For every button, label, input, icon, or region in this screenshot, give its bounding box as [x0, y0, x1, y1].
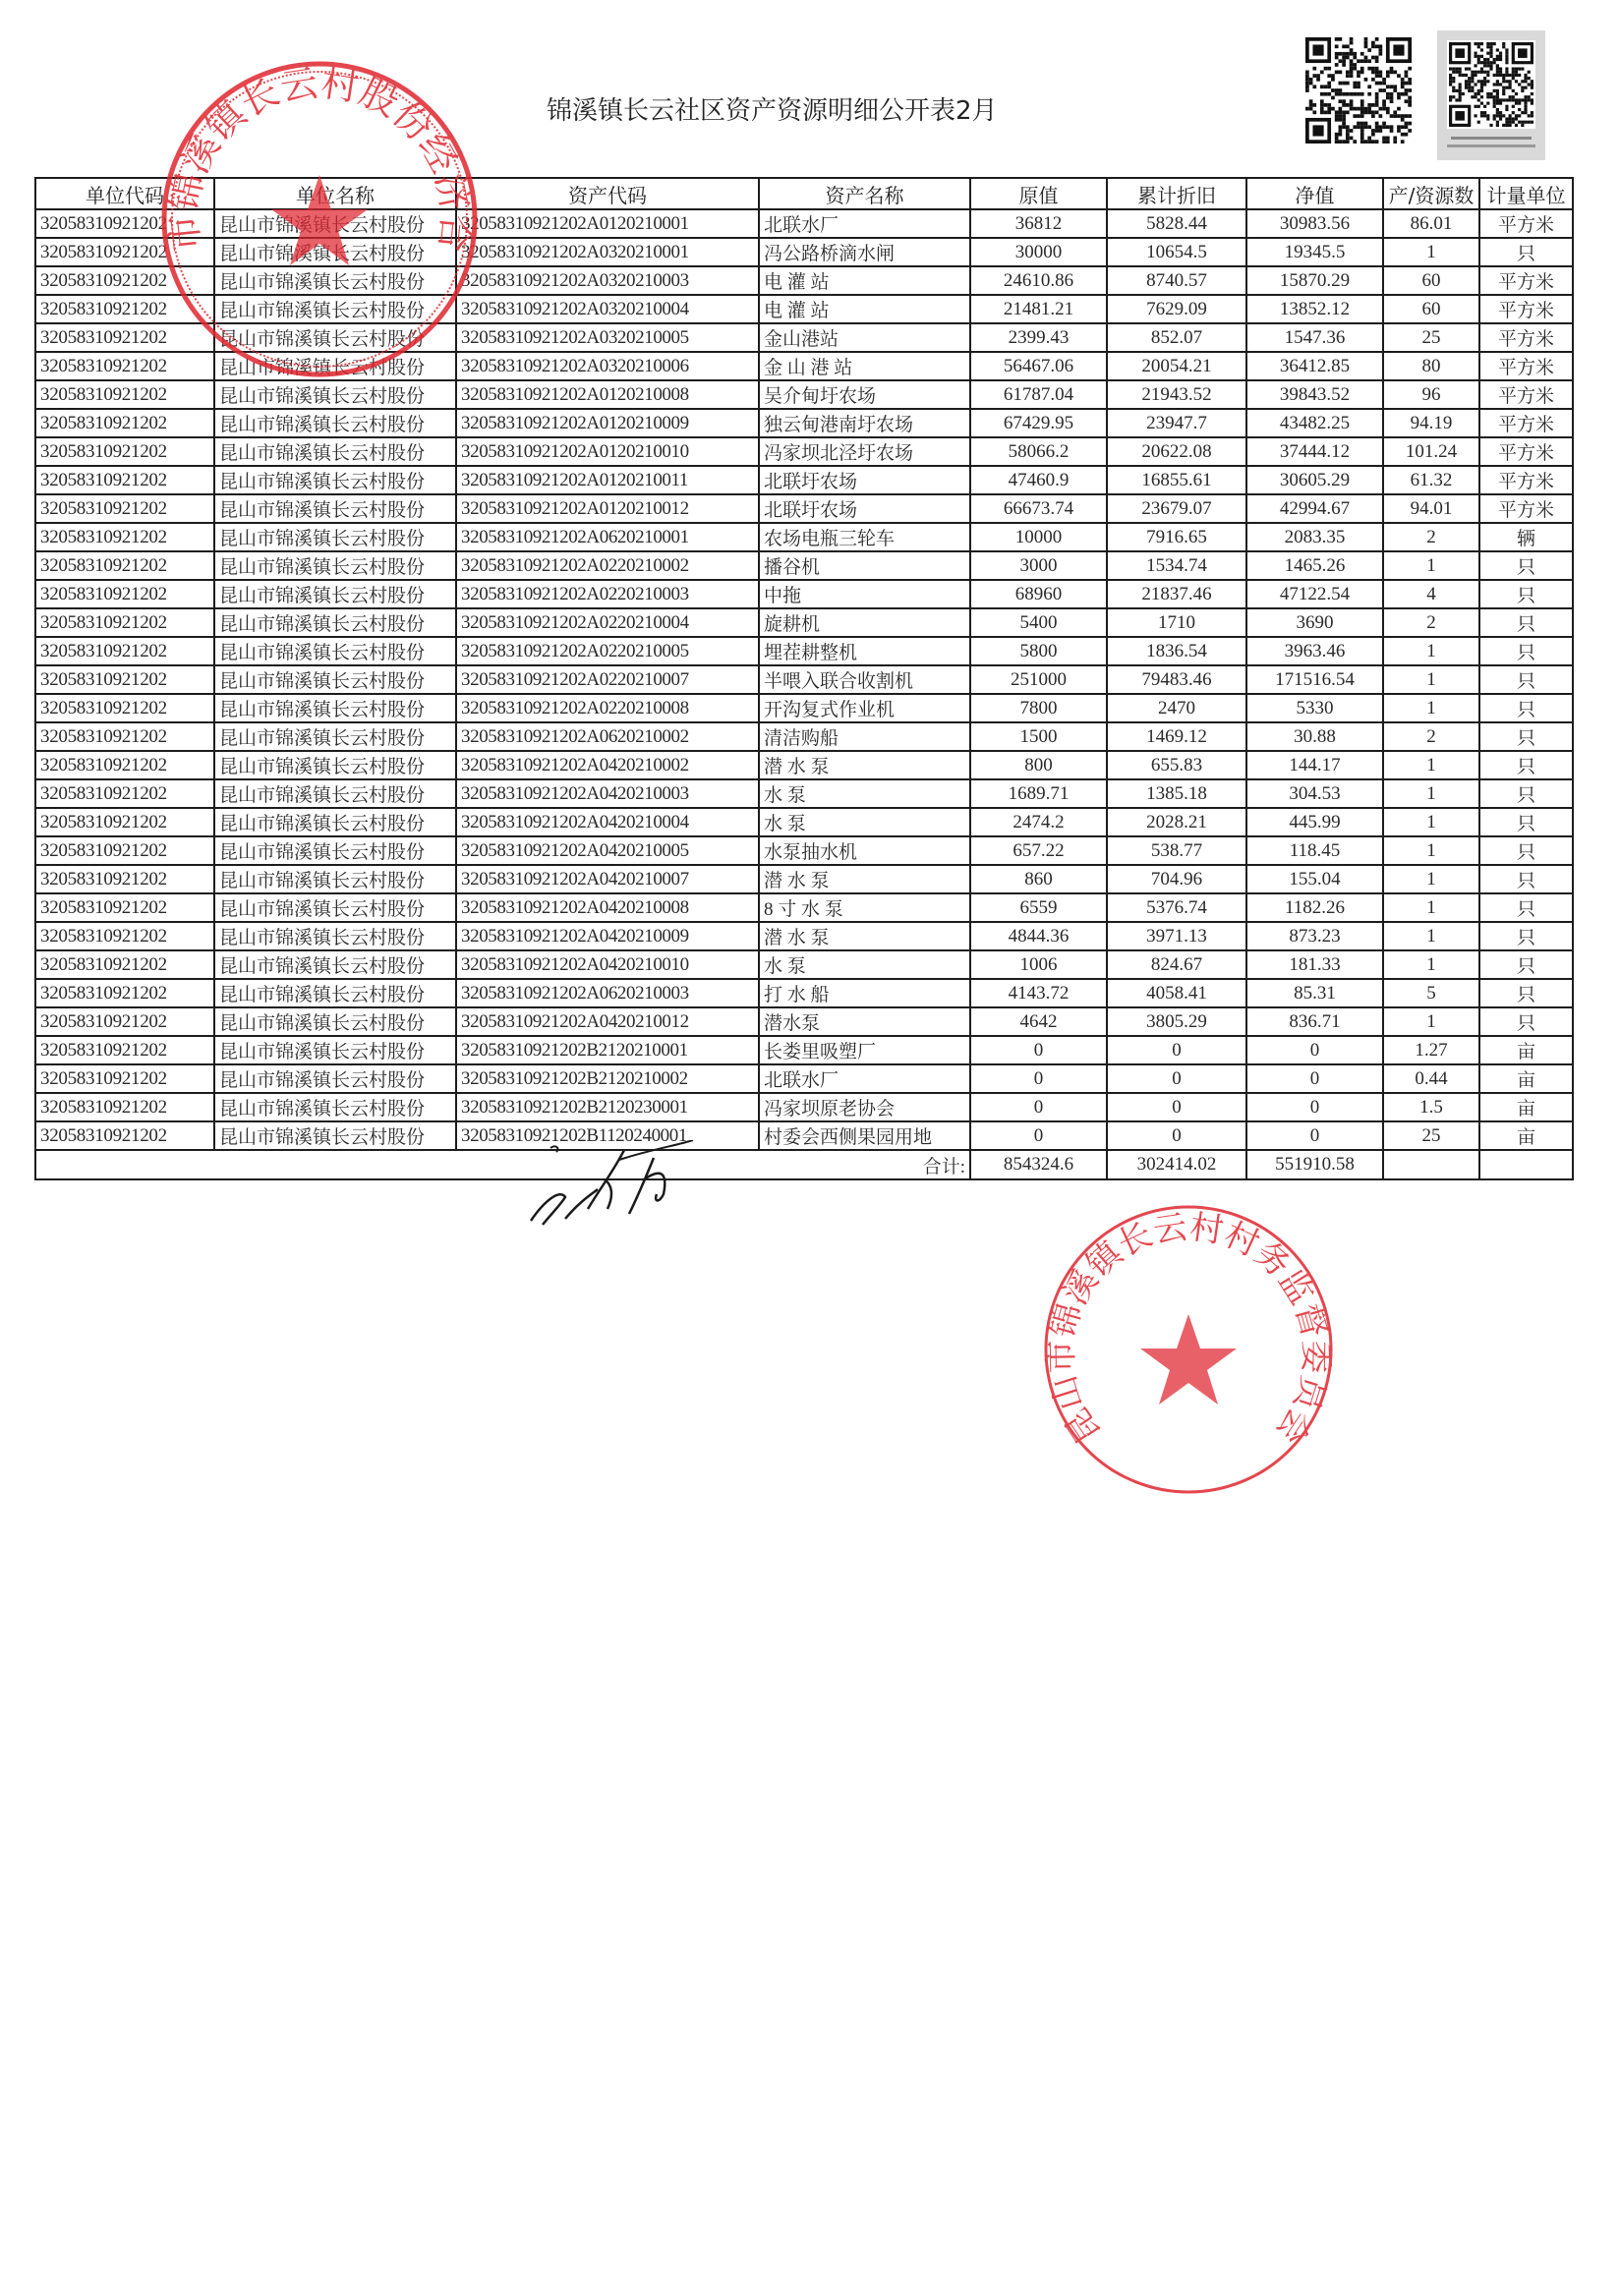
table-row: 32058310921202昆山市锦溪镇长云村股份32058310921202A…	[35, 779, 1573, 808]
depreciation-cell: 16855.61	[1107, 466, 1246, 494]
unit-cell: 平方米	[1479, 266, 1573, 295]
total-row: 合计: 854324.6 302414.02 551910.58	[35, 1150, 1573, 1179]
original-value-cell: 1006	[970, 950, 1107, 979]
unit-cell: 平方米	[1479, 352, 1573, 380]
asset-code-cell: 32058310921202A0320210006	[456, 352, 759, 380]
quantity-cell: 60	[1383, 266, 1479, 295]
original-value-cell: 66673.74	[970, 494, 1107, 523]
table-row: 32058310921202昆山市锦溪镇长云村股份32058310921202A…	[35, 238, 1573, 266]
unit-name-cell: 昆山市锦溪镇长云村股份	[214, 865, 456, 893]
unit-cell: 亩	[1479, 1121, 1573, 1150]
asset-code-cell: 32058310921202A0420210005	[456, 836, 759, 865]
original-value-cell: 800	[970, 751, 1107, 779]
unit-code-cell: 32058310921202	[35, 1064, 214, 1093]
unit-name-cell: 昆山市锦溪镇长云村股份	[214, 893, 456, 922]
net-value-cell: 873.23	[1246, 922, 1383, 950]
qr-code-1	[1303, 31, 1414, 151]
table-row: 32058310921202昆山市锦溪镇长云村股份32058310921202A…	[35, 209, 1573, 238]
unit-name-cell: 昆山市锦溪镇长云村股份	[214, 779, 456, 808]
net-value-cell: 304.53	[1246, 779, 1383, 808]
table-row: 32058310921202昆山市锦溪镇长云村股份32058310921202A…	[35, 836, 1573, 865]
unit-code-cell: 32058310921202	[35, 893, 214, 922]
quantity-cell: 101.24	[1383, 437, 1479, 466]
unit-name-cell: 昆山市锦溪镇长云村股份	[214, 637, 456, 665]
column-header-original-value: 原值	[970, 178, 1107, 209]
net-value-cell: 0	[1246, 1093, 1383, 1121]
table-row: 32058310921202昆山市锦溪镇长云村股份32058310921202A…	[35, 437, 1573, 466]
asset-name-cell: 8 寸 水 泵	[759, 893, 970, 922]
net-value-cell: 144.17	[1246, 751, 1383, 779]
asset-name-cell: 播谷机	[759, 551, 970, 580]
asset-code-cell: 32058310921202A0120210001	[456, 209, 759, 238]
asset-name-cell: 水 泵	[759, 779, 970, 808]
column-header-quantity: 产/资源数	[1383, 178, 1479, 209]
unit-code-cell: 32058310921202	[35, 238, 214, 266]
depreciation-cell: 824.67	[1107, 950, 1246, 979]
total-quantity-empty	[1383, 1150, 1479, 1179]
original-value-cell: 5400	[970, 608, 1107, 637]
asset-name-cell: 北联圩农场	[759, 466, 970, 494]
asset-code-cell: 32058310921202A0420210010	[456, 950, 759, 979]
unit-code-cell: 32058310921202	[35, 494, 214, 523]
table-row: 32058310921202昆山市锦溪镇长云村股份32058310921202A…	[35, 551, 1573, 580]
asset-name-cell: 开沟复式作业机	[759, 694, 970, 722]
net-value-cell: 5330	[1246, 694, 1383, 722]
asset-name-cell: 金山港站	[759, 323, 970, 352]
asset-name-cell: 农场电瓶三轮车	[759, 523, 970, 551]
table-row: 32058310921202昆山市锦溪镇长云村股份32058310921202B…	[35, 1093, 1573, 1121]
quantity-cell: 2	[1383, 608, 1479, 637]
original-value-cell: 2474.2	[970, 808, 1107, 836]
asset-name-cell: 水 泵	[759, 808, 970, 836]
quantity-cell: 94.19	[1383, 409, 1479, 437]
depreciation-cell: 20054.21	[1107, 352, 1246, 380]
depreciation-cell: 1385.18	[1107, 779, 1246, 808]
depreciation-cell: 0	[1107, 1121, 1246, 1150]
asset-code-cell: 32058310921202A0320210001	[456, 238, 759, 266]
quantity-cell: 1	[1383, 922, 1479, 950]
net-value-cell: 36412.85	[1246, 352, 1383, 380]
unit-code-cell: 32058310921202	[35, 608, 214, 637]
unit-cell: 只	[1479, 751, 1573, 779]
original-value-cell: 21481.21	[970, 295, 1107, 323]
unit-cell: 只	[1479, 694, 1573, 722]
asset-name-cell: 村委会西侧果园用地	[759, 1121, 970, 1150]
table-row: 32058310921202昆山市锦溪镇长云村股份32058310921202A…	[35, 893, 1573, 922]
net-value-cell: 1182.26	[1246, 893, 1383, 922]
table-row: 32058310921202昆山市锦溪镇长云村股份32058310921202A…	[35, 295, 1573, 323]
column-header-accumulated-depreciation: 累计折旧	[1107, 178, 1246, 209]
unit-name-cell: 昆山市锦溪镇长云村股份	[214, 1121, 456, 1150]
depreciation-cell: 2470	[1107, 694, 1246, 722]
unit-cell: 平方米	[1479, 323, 1573, 352]
depreciation-cell: 3971.13	[1107, 922, 1246, 950]
asset-name-cell: 北联水厂	[759, 1064, 970, 1093]
asset-code-cell: 32058310921202A0220210003	[456, 580, 759, 608]
unit-cell: 只	[1479, 722, 1573, 751]
net-value-cell: 19345.5	[1246, 238, 1383, 266]
asset-code-cell: 32058310921202A0220210005	[456, 637, 759, 665]
table-row: 32058310921202昆山市锦溪镇长云村股份32058310921202A…	[35, 637, 1573, 665]
table-row: 32058310921202昆山市锦溪镇长云村股份32058310921202A…	[35, 865, 1573, 893]
quantity-cell: 1	[1383, 836, 1479, 865]
original-value-cell: 657.22	[970, 836, 1107, 865]
unit-name-cell: 昆山市锦溪镇长云村股份	[214, 437, 456, 466]
depreciation-cell: 21943.52	[1107, 380, 1246, 409]
asset-code-cell: 32058310921202A0420210007	[456, 865, 759, 893]
asset-name-cell: 潜 水 泵	[759, 922, 970, 950]
unit-code-cell: 32058310921202	[35, 950, 214, 979]
unit-name-cell: 昆山市锦溪镇长云村股份	[214, 580, 456, 608]
net-value-cell: 836.71	[1246, 1007, 1383, 1036]
depreciation-cell: 4058.41	[1107, 979, 1246, 1007]
unit-cell: 平方米	[1479, 209, 1573, 238]
table-row: 32058310921202昆山市锦溪镇长云村股份32058310921202A…	[35, 808, 1573, 836]
unit-cell: 平方米	[1479, 380, 1573, 409]
depreciation-cell: 79483.46	[1107, 665, 1246, 694]
depreciation-cell: 655.83	[1107, 751, 1246, 779]
original-value-cell: 61787.04	[970, 380, 1107, 409]
unit-cell: 只	[1479, 893, 1573, 922]
depreciation-cell: 0	[1107, 1064, 1246, 1093]
asset-code-cell: 32058310921202A0120210012	[456, 494, 759, 523]
depreciation-cell: 1836.54	[1107, 637, 1246, 665]
column-header-unit-code: 单位代码	[35, 178, 214, 209]
asset-code-cell: 32058310921202A0320210004	[456, 295, 759, 323]
table-row: 32058310921202昆山市锦溪镇长云村股份32058310921202A…	[35, 979, 1573, 1007]
quantity-cell: 80	[1383, 352, 1479, 380]
table-body: 32058310921202昆山市锦溪镇长云村股份32058310921202A…	[35, 209, 1573, 1150]
unit-code-cell: 32058310921202	[35, 922, 214, 950]
asset-name-cell: 电 灌 站	[759, 266, 970, 295]
quantity-cell: 5	[1383, 979, 1479, 1007]
unit-code-cell: 32058310921202	[35, 722, 214, 751]
table-row: 32058310921202昆山市锦溪镇长云村股份32058310921202A…	[35, 665, 1573, 694]
quantity-cell: 2	[1383, 523, 1479, 551]
original-value-cell: 1689.71	[970, 779, 1107, 808]
depreciation-cell: 852.07	[1107, 323, 1246, 352]
unit-code-cell: 32058310921202	[35, 409, 214, 437]
unit-cell: 只	[1479, 238, 1573, 266]
quantity-cell: 1	[1383, 808, 1479, 836]
unit-code-cell: 32058310921202	[35, 209, 214, 238]
original-value-cell: 1500	[970, 722, 1107, 751]
original-value-cell: 2399.43	[970, 323, 1107, 352]
unit-name-cell: 昆山市锦溪镇长云村股份	[214, 523, 456, 551]
unit-code-cell: 32058310921202	[35, 437, 214, 466]
unit-name-cell: 昆山市锦溪镇长云村股份	[214, 608, 456, 637]
depreciation-cell: 7916.65	[1107, 523, 1246, 551]
table-row: 32058310921202昆山市锦溪镇长云村股份32058310921202A…	[35, 950, 1573, 979]
depreciation-cell: 1534.74	[1107, 551, 1246, 580]
column-header-unit: 计量单位	[1479, 178, 1573, 209]
qr-code-icon	[1437, 30, 1545, 160]
table-row: 32058310921202昆山市锦溪镇长云村股份32058310921202B…	[35, 1121, 1573, 1150]
table-row: 32058310921202昆山市锦溪镇长云村股份32058310921202B…	[35, 1036, 1573, 1064]
asset-name-cell: 打 水 船	[759, 979, 970, 1007]
original-value-cell: 47460.9	[970, 466, 1107, 494]
unit-name-cell: 昆山市锦溪镇长云村股份	[214, 1036, 456, 1064]
asset-code-cell: 32058310921202A0420210004	[456, 808, 759, 836]
asset-name-cell: 冯家坝原老协会	[759, 1093, 970, 1121]
quantity-cell: 1.5	[1383, 1093, 1479, 1121]
quantity-cell: 1	[1383, 694, 1479, 722]
depreciation-cell: 704.96	[1107, 865, 1246, 893]
unit-name-cell: 昆山市锦溪镇长云村股份	[214, 380, 456, 409]
original-value-cell: 0	[970, 1121, 1107, 1150]
table-header-row: 单位代码 单位名称 资产代码 资产名称 原值 累计折旧 净值 产/资源数 计量单…	[35, 178, 1573, 209]
asset-code-cell: 32058310921202A0220210008	[456, 694, 759, 722]
unit-cell: 只	[1479, 922, 1573, 950]
depreciation-cell: 10654.5	[1107, 238, 1246, 266]
asset-name-cell: 中拖	[759, 580, 970, 608]
quantity-cell: 1	[1383, 751, 1479, 779]
unit-cell: 平方米	[1479, 295, 1573, 323]
original-value-cell: 68960	[970, 580, 1107, 608]
table-row: 32058310921202昆山市锦溪镇长云村股份32058310921202A…	[35, 323, 1573, 352]
unit-name-cell: 昆山市锦溪镇长云村股份	[214, 979, 456, 1007]
unit-cell: 只	[1479, 580, 1573, 608]
quantity-cell: 25	[1383, 323, 1479, 352]
net-value-cell: 181.33	[1246, 950, 1383, 979]
unit-code-cell: 32058310921202	[35, 836, 214, 865]
unit-name-cell: 昆山市锦溪镇长云村股份	[214, 295, 456, 323]
original-value-cell: 0	[970, 1064, 1107, 1093]
quantity-cell: 1	[1383, 779, 1479, 808]
unit-name-cell: 昆山市锦溪镇长云村股份	[214, 694, 456, 722]
table-row: 32058310921202昆山市锦溪镇长云村股份32058310921202A…	[35, 580, 1573, 608]
net-value-cell: 13852.12	[1246, 295, 1383, 323]
unit-code-cell: 32058310921202	[35, 380, 214, 409]
net-value-cell: 30.88	[1246, 722, 1383, 751]
unit-code-cell: 32058310921202	[35, 865, 214, 893]
total-original-value: 854324.6	[970, 1150, 1107, 1179]
asset-name-cell: 潜水泵	[759, 1007, 970, 1036]
depreciation-cell: 3805.29	[1107, 1007, 1246, 1036]
original-value-cell: 10000	[970, 523, 1107, 551]
total-label: 合计:	[35, 1150, 970, 1179]
asset-code-cell: 32058310921202A0220210004	[456, 608, 759, 637]
net-value-cell: 155.04	[1246, 865, 1383, 893]
unit-code-cell: 32058310921202	[35, 637, 214, 665]
original-value-cell: 5800	[970, 637, 1107, 665]
quantity-cell: 0.44	[1383, 1064, 1479, 1093]
asset-code-cell: 32058310921202A0420210012	[456, 1007, 759, 1036]
unit-code-cell: 32058310921202	[35, 551, 214, 580]
unit-name-cell: 昆山市锦溪镇长云村股份	[214, 1007, 456, 1036]
table-row: 32058310921202昆山市锦溪镇长云村股份32058310921202A…	[35, 608, 1573, 637]
asset-name-cell: 水 泵	[759, 950, 970, 979]
unit-name-cell: 昆山市锦溪镇长云村股份	[214, 352, 456, 380]
table-row: 32058310921202昆山市锦溪镇长云村股份32058310921202A…	[35, 751, 1573, 779]
unit-code-cell: 32058310921202	[35, 1121, 214, 1150]
original-value-cell: 58066.2	[970, 437, 1107, 466]
depreciation-cell: 538.77	[1107, 836, 1246, 865]
quantity-cell: 1	[1383, 665, 1479, 694]
net-value-cell: 43482.25	[1246, 409, 1383, 437]
unit-code-cell: 32058310921202	[35, 1007, 214, 1036]
original-value-cell: 0	[970, 1093, 1107, 1121]
asset-code-cell: 32058310921202A0120210009	[456, 409, 759, 437]
quantity-cell: 25	[1383, 1121, 1479, 1150]
unit-cell: 只	[1479, 665, 1573, 694]
unit-code-cell: 32058310921202	[35, 323, 214, 352]
unit-name-cell: 昆山市锦溪镇长云村股份	[214, 266, 456, 295]
table-row: 32058310921202昆山市锦溪镇长云村股份32058310921202A…	[35, 380, 1573, 409]
net-value-cell: 118.45	[1246, 836, 1383, 865]
table-row: 32058310921202昆山市锦溪镇长云村股份32058310921202A…	[35, 722, 1573, 751]
original-value-cell: 4143.72	[970, 979, 1107, 1007]
asset-code-cell: 32058310921202B2120230001	[456, 1093, 759, 1121]
depreciation-cell: 21837.46	[1107, 580, 1246, 608]
unit-code-cell: 32058310921202	[35, 808, 214, 836]
table-row: 32058310921202昆山市锦溪镇长云村股份32058310921202A…	[35, 466, 1573, 494]
asset-name-cell: 电 灌 站	[759, 295, 970, 323]
net-value-cell: 1465.26	[1246, 551, 1383, 580]
depreciation-cell: 5828.44	[1107, 209, 1246, 238]
unit-cell: 只	[1479, 808, 1573, 836]
total-unit-empty	[1479, 1150, 1573, 1179]
table-row: 32058310921202昆山市锦溪镇长云村股份32058310921202A…	[35, 409, 1573, 437]
table-row: 32058310921202昆山市锦溪镇长云村股份32058310921202A…	[35, 266, 1573, 295]
net-value-cell: 2083.35	[1246, 523, 1383, 551]
qr-code-icon	[1303, 31, 1414, 151]
quantity-cell: 2	[1383, 722, 1479, 751]
unit-code-cell: 32058310921202	[35, 751, 214, 779]
net-value-cell: 30605.29	[1246, 466, 1383, 494]
net-value-cell: 0	[1246, 1121, 1383, 1150]
asset-code-cell: 32058310921202A0120210008	[456, 380, 759, 409]
asset-name-cell: 潜 水 泵	[759, 751, 970, 779]
asset-name-cell: 清洁购船	[759, 722, 970, 751]
unit-name-cell: 昆山市锦溪镇长云村股份	[214, 751, 456, 779]
original-value-cell: 67429.95	[970, 409, 1107, 437]
unit-code-cell: 32058310921202	[35, 266, 214, 295]
net-value-cell: 445.99	[1246, 808, 1383, 836]
depreciation-cell: 1469.12	[1107, 722, 1246, 751]
star-icon	[1140, 1314, 1237, 1405]
unit-cell: 只	[1479, 979, 1573, 1007]
unit-cell: 只	[1479, 551, 1573, 580]
unit-cell: 平方米	[1479, 437, 1573, 466]
unit-name-cell: 昆山市锦溪镇长云村股份	[214, 466, 456, 494]
unit-cell: 平方米	[1479, 466, 1573, 494]
asset-name-cell: 长娄里吸塑厂	[759, 1036, 970, 1064]
quantity-cell: 61.32	[1383, 466, 1479, 494]
unit-cell: 只	[1479, 779, 1573, 808]
table-row: 32058310921202昆山市锦溪镇长云村股份32058310921202A…	[35, 1007, 1573, 1036]
quantity-cell: 4	[1383, 580, 1479, 608]
original-value-cell: 30000	[970, 238, 1107, 266]
quantity-cell: 1	[1383, 551, 1479, 580]
unit-cell: 只	[1479, 1007, 1573, 1036]
asset-code-cell: 32058310921202A0620210002	[456, 722, 759, 751]
net-value-cell: 30983.56	[1246, 209, 1383, 238]
unit-code-cell: 32058310921202	[35, 779, 214, 808]
column-header-unit-name: 单位名称	[214, 178, 456, 209]
unit-code-cell: 32058310921202	[35, 295, 214, 323]
net-value-cell: 3963.46	[1246, 637, 1383, 665]
unit-cell: 平方米	[1479, 494, 1573, 523]
table-row: 32058310921202昆山市锦溪镇长云村股份32058310921202A…	[35, 352, 1573, 380]
table-row: 32058310921202昆山市锦溪镇长云村股份32058310921202A…	[35, 523, 1573, 551]
unit-name-cell: 昆山市锦溪镇长云村股份	[214, 209, 456, 238]
depreciation-cell: 1710	[1107, 608, 1246, 637]
asset-code-cell: 32058310921202A0620210001	[456, 523, 759, 551]
column-header-net-value: 净值	[1246, 178, 1383, 209]
depreciation-cell: 0	[1107, 1093, 1246, 1121]
unit-code-cell: 32058310921202	[35, 580, 214, 608]
unit-name-cell: 昆山市锦溪镇长云村股份	[214, 922, 456, 950]
depreciation-cell: 20622.08	[1107, 437, 1246, 466]
net-value-cell: 1547.36	[1246, 323, 1383, 352]
quantity-cell: 96	[1383, 380, 1479, 409]
total-net-value: 551910.58	[1246, 1150, 1383, 1179]
supervision-committee-seal: 昆山市锦溪镇长云村村务监督委员会	[1040, 1201, 1337, 1498]
asset-code-cell: 32058310921202A0320210005	[456, 323, 759, 352]
asset-name-cell: 冯家坝北泾圩农场	[759, 437, 970, 466]
original-value-cell: 4844.36	[970, 922, 1107, 950]
table-row: 32058310921202昆山市锦溪镇长云村股份32058310921202A…	[35, 694, 1573, 722]
unit-name-cell: 昆山市锦溪镇长云村股份	[214, 836, 456, 865]
net-value-cell: 47122.54	[1246, 580, 1383, 608]
asset-code-cell: 32058310921202A0320210003	[456, 266, 759, 295]
quantity-cell: 1	[1383, 950, 1479, 979]
unit-cell: 只	[1479, 865, 1573, 893]
unit-name-cell: 昆山市锦溪镇长云村股份	[214, 238, 456, 266]
net-value-cell: 39843.52	[1246, 380, 1383, 409]
asset-table: 单位代码 单位名称 资产代码 资产名称 原值 累计折旧 净值 产/资源数 计量单…	[34, 177, 1574, 1180]
unit-cell: 亩	[1479, 1064, 1573, 1093]
depreciation-cell: 5376.74	[1107, 893, 1246, 922]
quantity-cell: 1	[1383, 893, 1479, 922]
unit-name-cell: 昆山市锦溪镇长云村股份	[214, 722, 456, 751]
total-depreciation: 302414.02	[1107, 1150, 1246, 1179]
unit-cell: 只	[1479, 836, 1573, 865]
quantity-cell: 1	[1383, 637, 1479, 665]
original-value-cell: 3000	[970, 551, 1107, 580]
unit-name-cell: 昆山市锦溪镇长云村股份	[214, 323, 456, 352]
asset-name-cell: 独云甸港南圩农场	[759, 409, 970, 437]
net-value-cell: 85.31	[1246, 979, 1383, 1007]
quantity-cell: 86.01	[1383, 209, 1479, 238]
unit-code-cell: 32058310921202	[35, 979, 214, 1007]
unit-code-cell: 32058310921202	[35, 1036, 214, 1064]
unit-name-cell: 昆山市锦溪镇长云村股份	[214, 551, 456, 580]
asset-code-cell: 32058310921202A0220210007	[456, 665, 759, 694]
depreciation-cell: 0	[1107, 1036, 1246, 1064]
asset-name-cell: 北联圩农场	[759, 494, 970, 523]
depreciation-cell: 8740.57	[1107, 266, 1246, 295]
asset-code-cell: 32058310921202B2120210001	[456, 1036, 759, 1064]
asset-code-cell: 32058310921202A0420210008	[456, 893, 759, 922]
net-value-cell: 0	[1246, 1036, 1383, 1064]
original-value-cell: 860	[970, 865, 1107, 893]
original-value-cell: 0	[970, 1036, 1107, 1064]
unit-name-cell: 昆山市锦溪镇长云村股份	[214, 1093, 456, 1121]
asset-code-cell: 32058310921202A0120210010	[456, 437, 759, 466]
table-row: 32058310921202昆山市锦溪镇长云村股份32058310921202A…	[35, 494, 1573, 523]
depreciation-cell: 23947.7	[1107, 409, 1246, 437]
original-value-cell: 251000	[970, 665, 1107, 694]
asset-name-cell: 水泵抽水机	[759, 836, 970, 865]
unit-code-cell: 32058310921202	[35, 352, 214, 380]
page-title: 锦溪镇长云社区资产资源明细公开表2月	[547, 90, 998, 127]
asset-code-cell: 32058310921202A0220210002	[456, 551, 759, 580]
net-value-cell: 42994.67	[1246, 494, 1383, 523]
net-value-cell: 37444.12	[1246, 437, 1383, 466]
unit-cell: 只	[1479, 950, 1573, 979]
